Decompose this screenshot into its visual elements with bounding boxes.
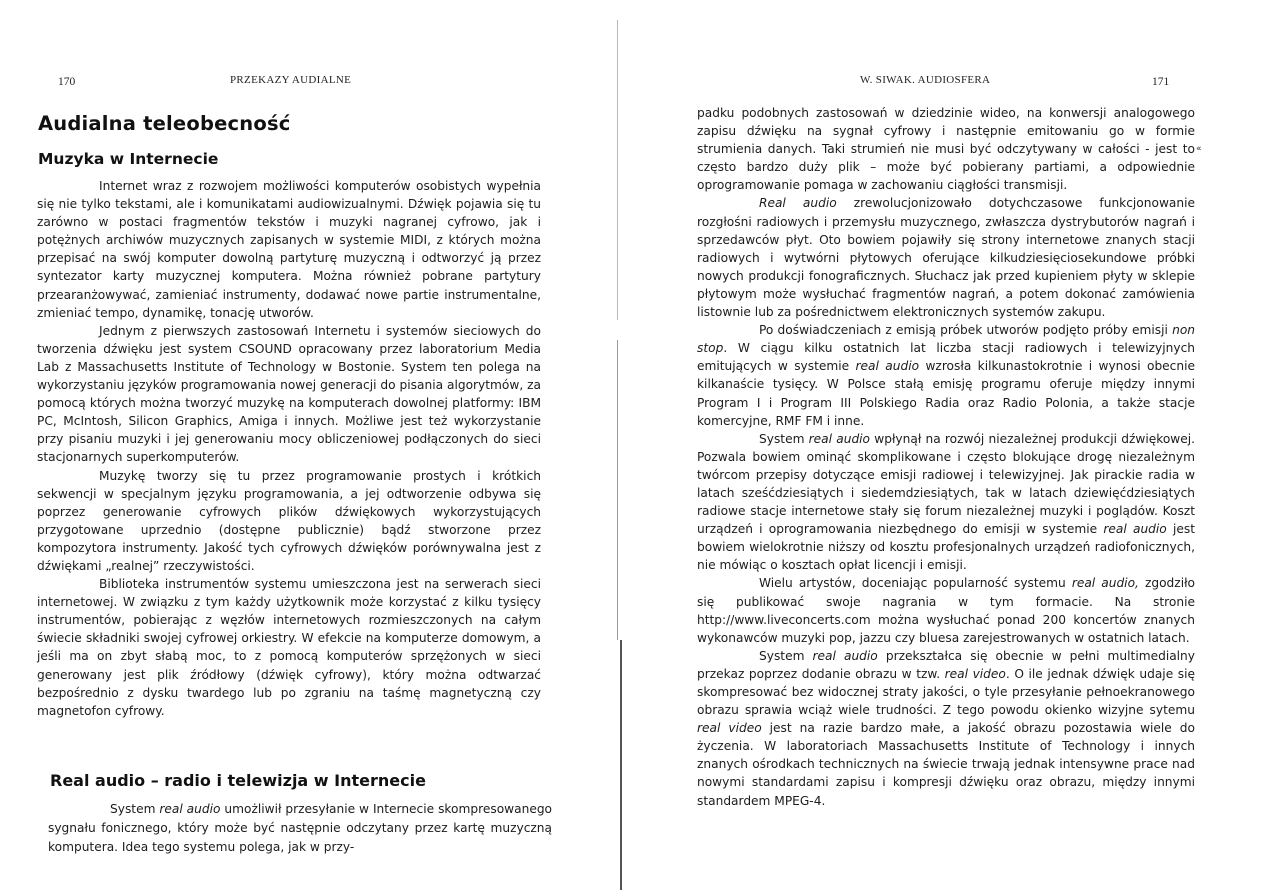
paragraph: Wielu artystów, doceniając popularność s… — [697, 574, 1195, 646]
margin-mark-icon: « — [1196, 144, 1202, 154]
chapter-title: Audialna teleobecność — [38, 112, 291, 135]
page-number-right: 171 — [1152, 76, 1169, 88]
running-head-left: PRZEKAZY AUDIALNE — [230, 74, 351, 86]
paragraph: Po doświadczeniach z emisją próbek utwor… — [697, 321, 1195, 430]
paragraph: System real audio przekształca się obecn… — [697, 647, 1195, 810]
paragraph: Muzykę tworzy się tu przez programowanie… — [37, 467, 541, 576]
term-real-audio: real audio — [159, 802, 220, 816]
paragraph: Internet wraz z rozwojem możliwości komp… — [37, 177, 541, 322]
section-body-real-audio: System real audio umożliwił przesyłanie … — [48, 800, 552, 857]
paragraph: System real audio umożliwił przesyłanie … — [48, 800, 552, 857]
page-number-left: 170 — [58, 76, 75, 88]
paragraph: Jednym z pierwszych zastosowań Internetu… — [37, 322, 541, 467]
running-head-right: W. SIWAK. AUDIOSFERA — [860, 74, 990, 86]
paragraph: padku podobnych zastosowań w dziedzinie … — [697, 104, 1195, 194]
paragraph: Real audio zrewolucjonizowało dotychczas… — [697, 194, 1195, 321]
right-page: W. SIWAK. AUDIOSFERA 171 padku podobnych… — [622, 0, 1262, 894]
section-title-muzyka: Muzyka w Internecie — [38, 150, 218, 168]
paragraph: System real audio wpłynął na rozwój niez… — [697, 430, 1195, 575]
section-title-real-audio: Real audio – radio i telewizja w Interne… — [50, 771, 426, 790]
left-page: 170 PRZEKAZY AUDIALNE Audialna teleobecn… — [0, 0, 600, 894]
paragraph: Biblioteka instrumentów systemu umieszcz… — [37, 575, 541, 720]
spine-shadow — [617, 20, 618, 320]
right-page-body: padku podobnych zastosowań w dziedzinie … — [697, 104, 1195, 810]
spine-shadow — [617, 340, 618, 640]
section-body-muzyka: Internet wraz z rozwojem możliwości komp… — [37, 177, 541, 720]
